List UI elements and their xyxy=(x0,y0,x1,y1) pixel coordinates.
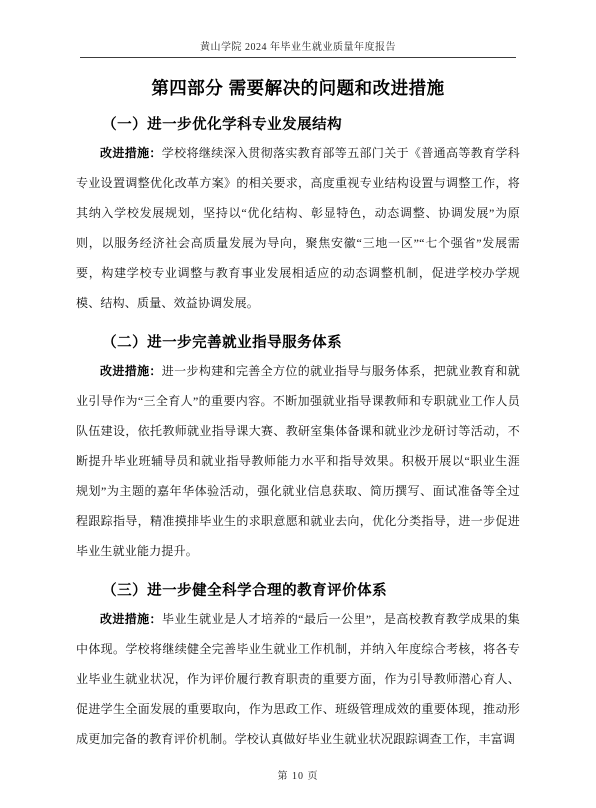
page-content: 第四部分 需要解决的问题和改进措施 （一）进一步优化学科专业发展结构 改进措施：… xyxy=(0,76,596,754)
page-number: 第 10 页 xyxy=(278,771,319,782)
paragraph-body-2: 进一步构建和完善全方位的就业指导与服务体系，把就业教育和就业引导作为“三全育人”… xyxy=(76,364,520,558)
paragraph-body-1: 学校将继续深入贯彻落实教育部等五部门关于《普通高等教育学科专业设置调整优化改革方… xyxy=(76,146,520,310)
page-title: 第四部分 需要解决的问题和改进措施 xyxy=(76,76,520,100)
section-paragraph-2: 改进措施：进一步构建和完善全方位的就业指导与服务体系，把就业教育和就业引导作为“… xyxy=(76,356,520,566)
paragraph-lead-1: 改进措施： xyxy=(100,146,162,160)
document-page: 黄山学院 2024 年毕业生就业质量年度报告 第四部分 需要解决的问题和改进措施… xyxy=(0,0,596,808)
page-footer: 第 10 页 xyxy=(0,767,596,782)
paragraph-body-3: 毕业生就业是人才培养的“最后一公里”，是高校教育教学成果的集中体现。学校将继续健… xyxy=(76,612,520,746)
page-header: 黄山学院 2024 年毕业生就业质量年度报告 xyxy=(80,0,516,58)
section-paragraph-3: 改进措施：毕业生就业是人才培养的“最后一公里”，是高校教育教学成果的集中体现。学… xyxy=(76,604,520,754)
section-heading-2: （二）进一步完善就业指导服务体系 xyxy=(76,333,520,354)
paragraph-lead-3: 改进措施： xyxy=(100,612,162,626)
page-header-text: 黄山学院 2024 年毕业生就业质量年度报告 xyxy=(200,42,396,53)
section-heading-3: （三）进一步健全科学合理的教育评价体系 xyxy=(76,581,520,602)
section-paragraph-1: 改进措施：学校将继续深入贯彻落实教育部等五部门关于《普通高等教育学科专业设置调整… xyxy=(76,138,520,318)
paragraph-lead-2: 改进措施： xyxy=(100,364,162,378)
section-heading-1: （一）进一步优化学科专业发展结构 xyxy=(76,115,520,136)
